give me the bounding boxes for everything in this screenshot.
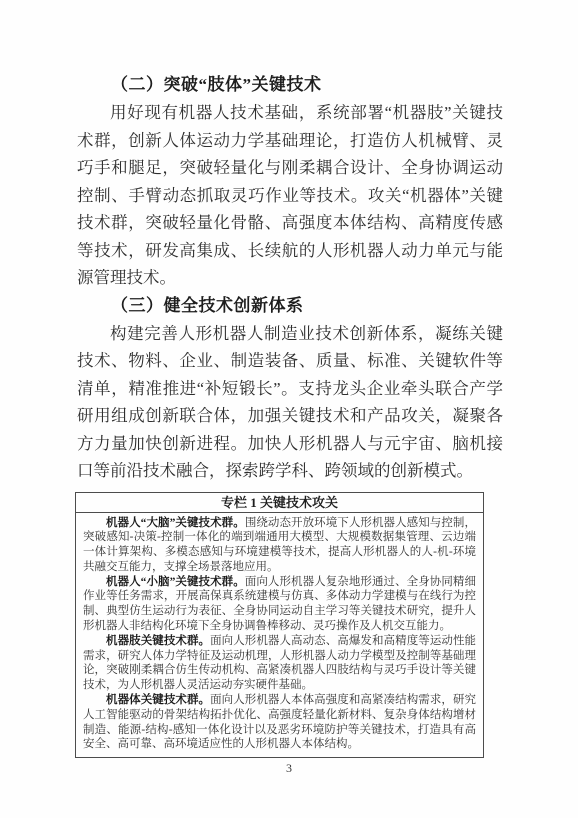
box-paragraph-lead: 机器肢关键技术群。	[106, 635, 210, 647]
column-box-body: 机器人“大脑”关键技术群。围绕动态开放环境下人形机器人感知与控制，突破感知-决策…	[76, 513, 483, 758]
box-paragraph-lead: 机器人“小脑”关键技术群。	[106, 576, 245, 588]
column-box-title: 专栏 1 关键技术攻关	[76, 493, 483, 513]
section-limb-tech-paragraph: 用好现有机器人技术基础，系统部署“机器肢”关键技术群，创新人体运动力学基础理论，…	[77, 99, 503, 292]
section-limb-tech-heading: （二）突破“肢体”关键技术	[77, 71, 503, 99]
page-number: 3	[0, 761, 578, 776]
box-paragraph: 机器肢关键技术群。面向人形机器人高动态、高爆发和高精度等运动性能需求，研究人体力…	[83, 634, 476, 693]
document-content: （二）突破“肢体”关键技术 用好现有机器人技术基础，系统部署“机器肢”关键技术群…	[77, 71, 503, 758]
section-innovation-system: （三）健全技术创新体系 构建完善人形机器人制造业技术创新体系，凝练关键技术、物料…	[77, 292, 503, 485]
box-paragraph: 机器人“小脑”关键技术群。面向人形机器人复杂地形通过、全身协同精细作业等任务需求…	[83, 575, 476, 634]
box-paragraph: 机器人“大脑”关键技术群。围绕动态开放环境下人形机器人感知与控制，突破感知-决策…	[83, 516, 476, 575]
column-1-key-tech-box: 专栏 1 关键技术攻关 机器人“大脑”关键技术群。围绕动态开放环境下人形机器人感…	[75, 492, 484, 759]
section-limb-tech: （二）突破“肢体”关键技术 用好现有机器人技术基础，系统部署“机器肢”关键技术群…	[77, 71, 503, 292]
box-paragraph-lead: 机器人“大脑”关键技术群。	[106, 517, 245, 529]
box-paragraph: 机器体关键技术群。面向人形机器人本体高强度和高紧凑结构需求，研究人工智能驱动的骨…	[83, 693, 476, 752]
document-page: （二）突破“肢体”关键技术 用好现有机器人技术基础，系统部署“机器肢”关键技术群…	[0, 0, 578, 818]
box-paragraph-lead: 机器体关键技术群。	[106, 694, 210, 706]
section-innovation-system-heading: （三）健全技术创新体系	[77, 292, 503, 320]
section-innovation-system-paragraph: 构建完善人形机器人制造业技术创新体系，凝练关键技术、物料、企业、制造装备、质量、…	[77, 320, 503, 485]
